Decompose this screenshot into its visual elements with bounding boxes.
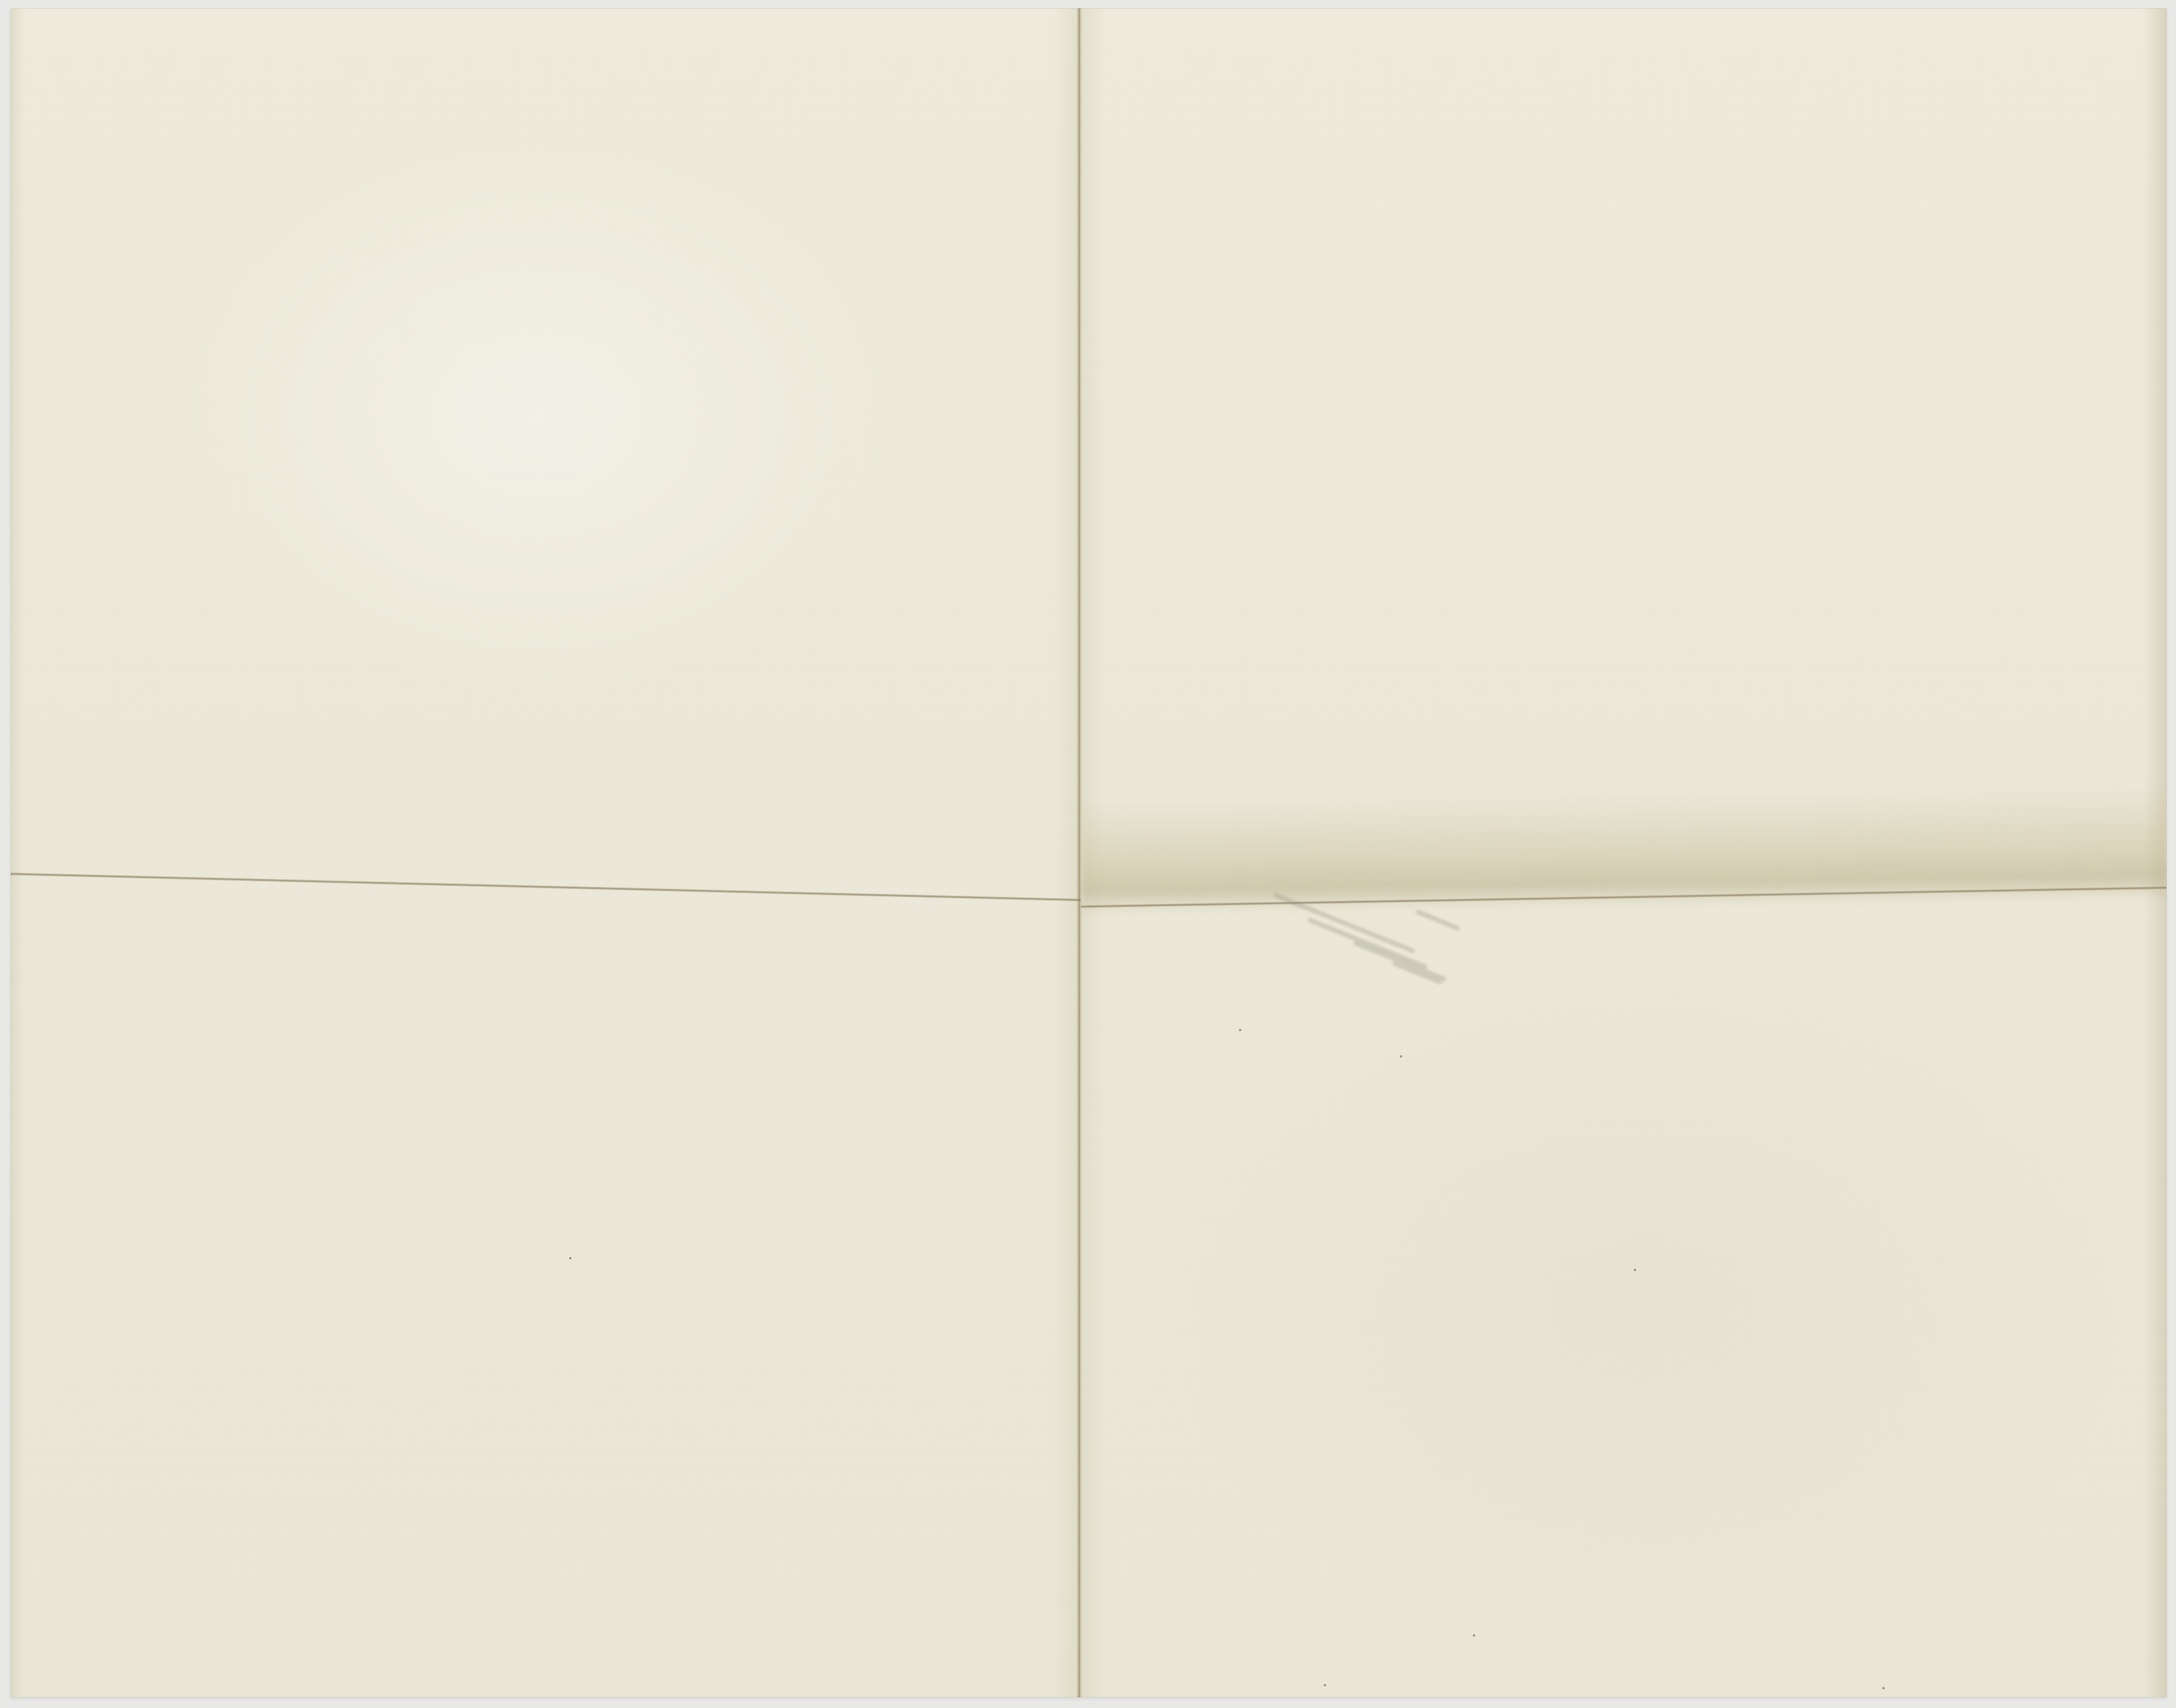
paper-speck xyxy=(1324,1684,1326,1686)
horizontal-fold-crease-left xyxy=(11,872,1081,902)
paper-speck xyxy=(1239,1029,1241,1031)
paper-speck xyxy=(1473,1634,1475,1637)
paper-speck xyxy=(1634,1269,1636,1271)
paper-sheet: Blank aged folded sheet of paper xyxy=(11,8,2167,1697)
left-edge-shading xyxy=(11,8,25,1697)
paper-speck xyxy=(569,1257,571,1259)
paper-speck xyxy=(1882,1687,1885,1689)
smudge-mark xyxy=(1307,917,1428,970)
paper-speck xyxy=(1400,1055,1402,1058)
smudge-mark xyxy=(1415,909,1460,931)
